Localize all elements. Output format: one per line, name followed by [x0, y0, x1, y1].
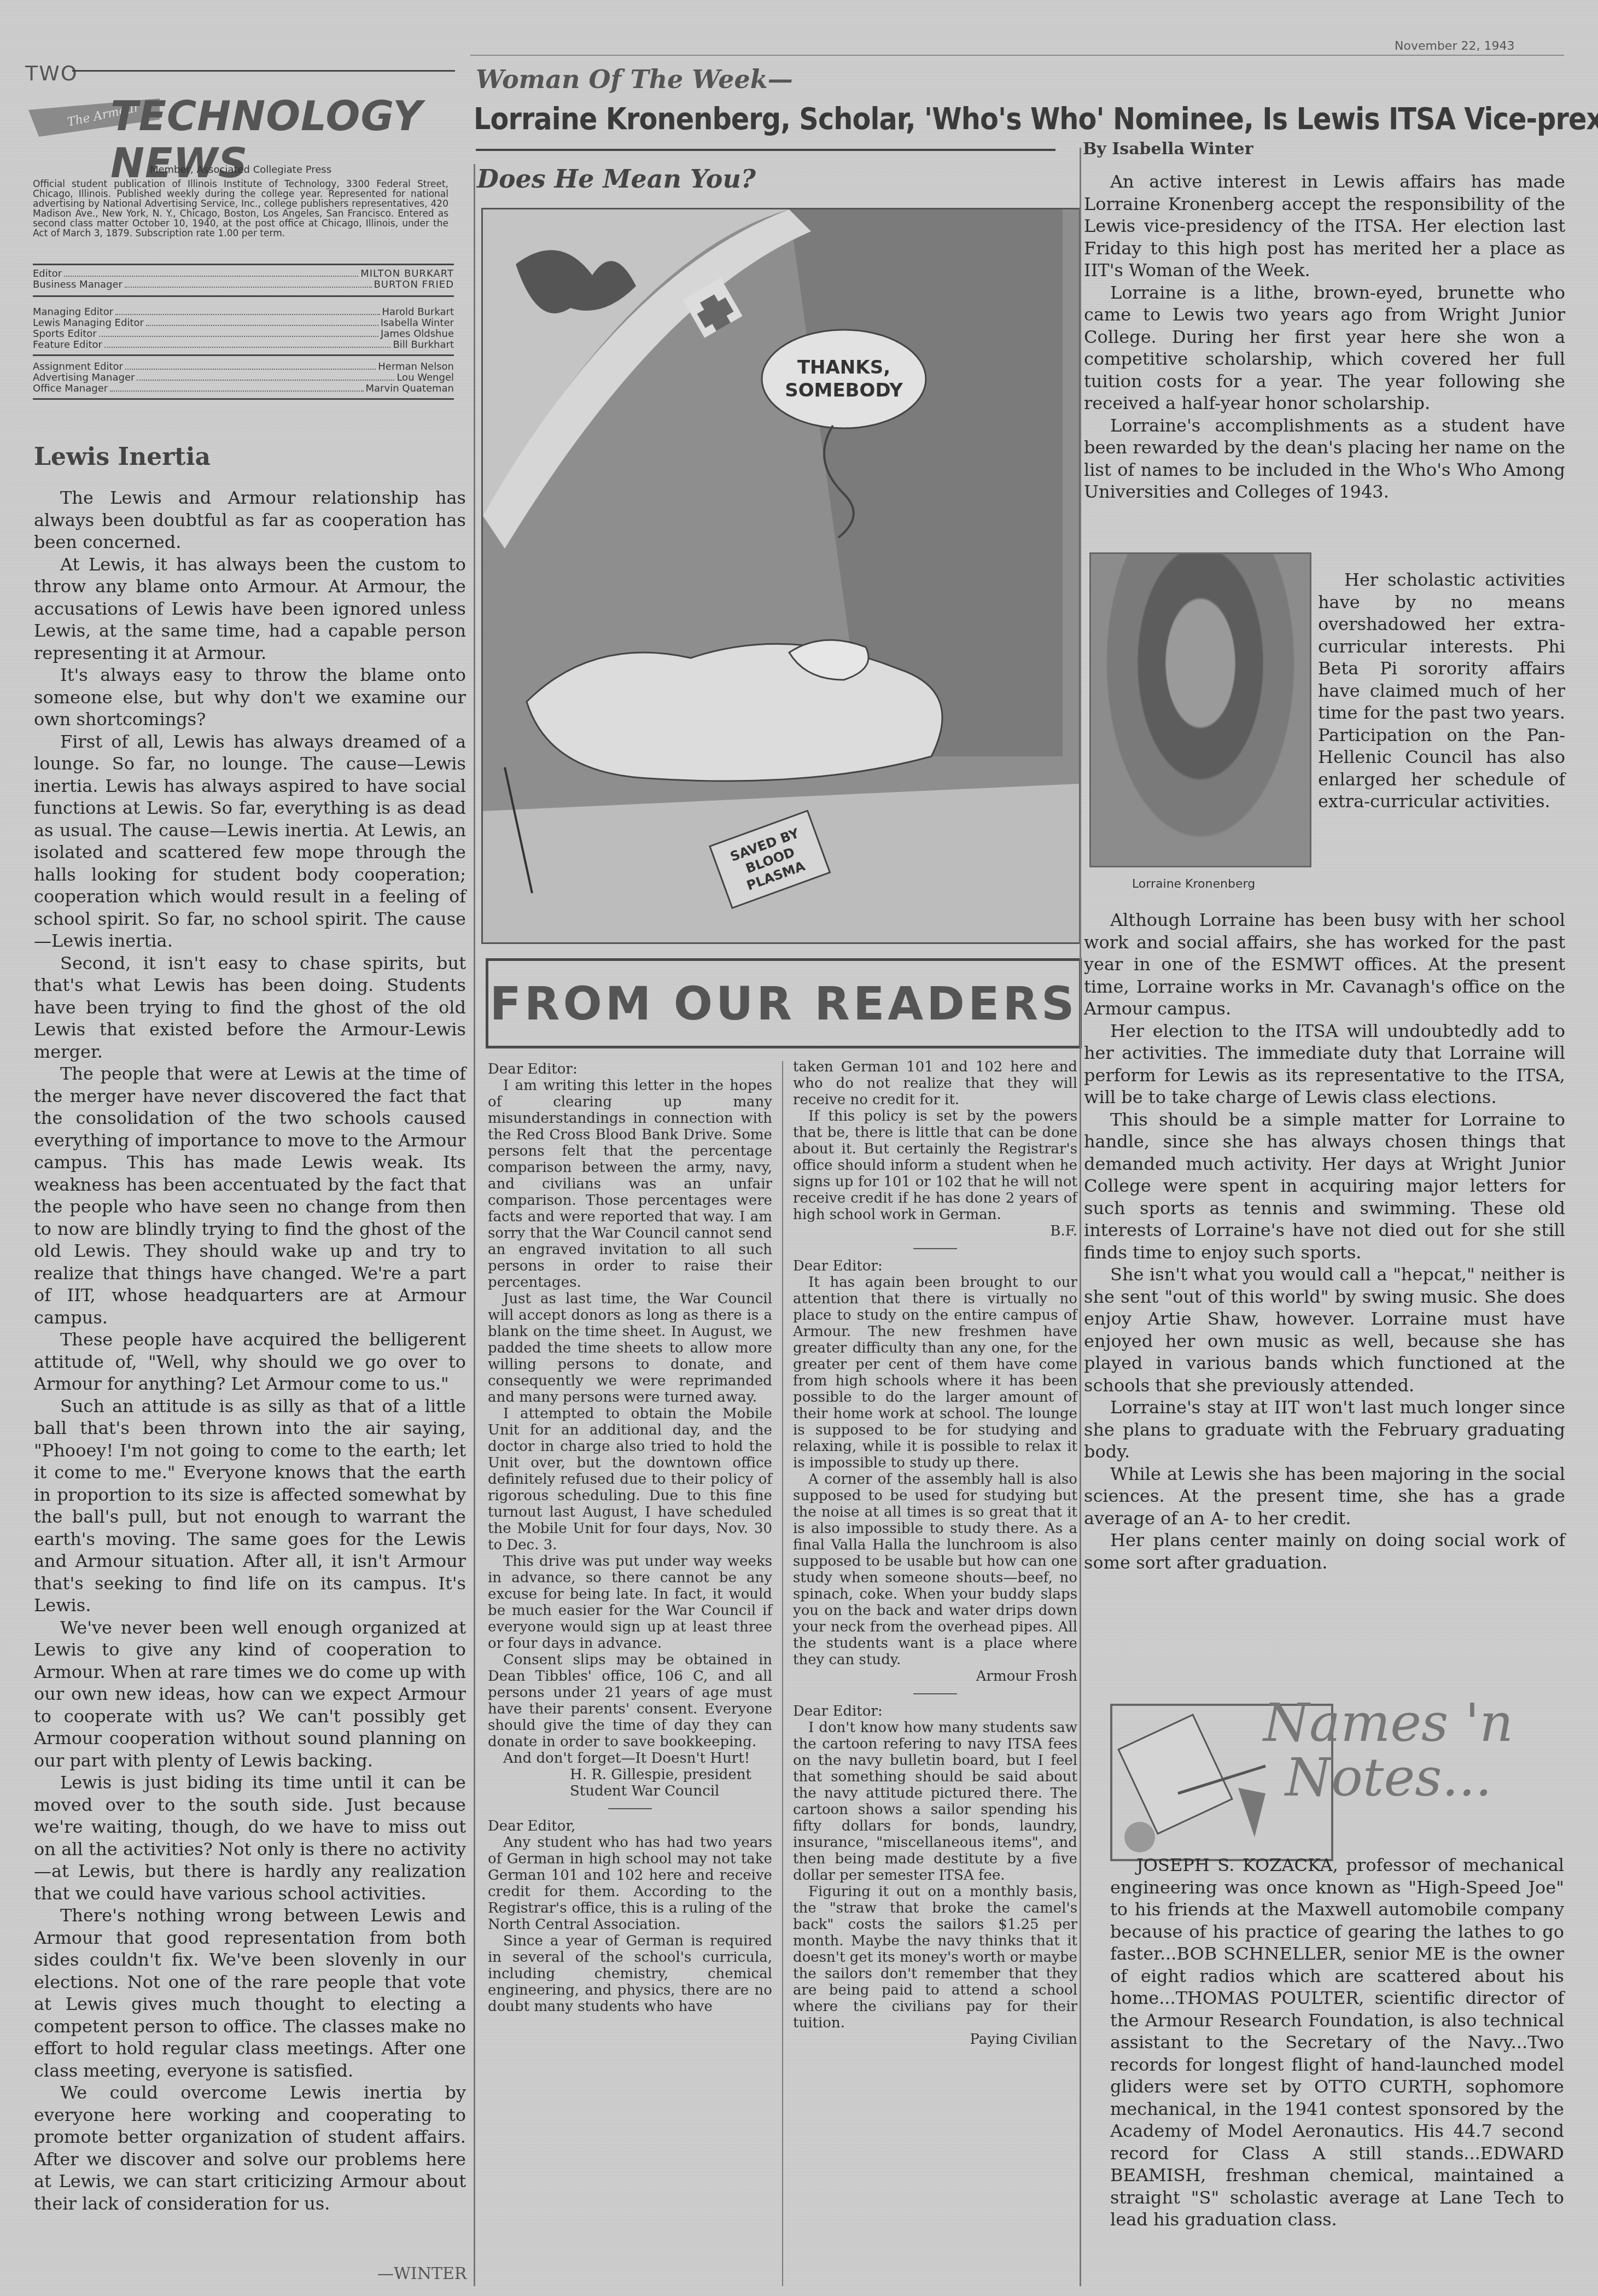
- letter-paragraph: Since a year of German is required in se…: [488, 1933, 772, 2015]
- editorial-paragraph: Second, it isn't easy to chase spirits, …: [34, 952, 466, 1063]
- readers-banner: FROM OUR READERS: [486, 958, 1082, 1048]
- feature-kicker: Woman Of The Week—: [476, 65, 793, 94]
- feature-paragraph: An active interest in Lewis affairs has …: [1084, 171, 1565, 282]
- official-notice: Official student publication of Illinois…: [33, 179, 448, 238]
- letters-divider: [782, 1061, 783, 2286]
- staff-role: Assignment Editor: [33, 361, 123, 372]
- feature-paragraph: Her election to the ITSA will undoubtedl…: [1084, 1020, 1565, 1109]
- letter-signature: Student War Council: [488, 1783, 772, 1799]
- staff-row: Business ManagerBURTON FRIED: [33, 279, 454, 290]
- member-line: Member, Associated Collegiate Press: [33, 164, 448, 176]
- feature-paragraph: Her plans center mainly on doing social …: [1084, 1529, 1565, 1574]
- letter-paragraph: It has again been brought to our attenti…: [793, 1274, 1077, 1471]
- staff-name: Harold Burkart: [382, 306, 454, 318]
- editorial-paragraph: The people that were at Lewis at the tim…: [34, 1063, 466, 1328]
- editorial-signature: —WINTER: [377, 2264, 466, 2283]
- letter-separator: [913, 1693, 957, 1694]
- staff-row: EditorMILTON BURKART: [33, 268, 454, 279]
- letter-paragraph: A corner of the assembly hall is also su…: [793, 1471, 1077, 1668]
- editorial-title: Lewis Inertia: [34, 443, 211, 471]
- letter-paragraph: Figuring it out on a monthly basis, the …: [793, 1884, 1077, 2031]
- staff-rule: [33, 295, 454, 297]
- letter-separator: [608, 1808, 652, 1809]
- letter-signature: Paying Civilian: [793, 2031, 1077, 2048]
- editorial-paragraph: There's nothing wrong between Lewis and …: [34, 1904, 466, 2082]
- column-divider: [474, 164, 475, 2286]
- photo-caption: Lorraine Kronenberg: [1132, 877, 1255, 891]
- feature-paragraph: While at Lewis she has been majoring in …: [1084, 1463, 1565, 1530]
- staff-group-business: Assignment EditorHerman Nelson Advertisi…: [33, 361, 454, 394]
- letter-paragraph: Consent slips may be obtained in Dean Ti…: [488, 1652, 772, 1750]
- newspaper-page: TWO November 22, 1943 The Armour TECHNOL…: [0, 0, 1598, 2296]
- letter-paragraph: Any student who has had two years of Ger…: [488, 1834, 772, 1933]
- names-notes-title-line: Names 'n: [1263, 1695, 1559, 1750]
- staff-role: Sports Editor: [33, 328, 97, 340]
- staff-name: BURTON FRIED: [374, 279, 454, 290]
- headline-rule: [476, 149, 1055, 151]
- letter-signature: B.F.: [793, 1223, 1077, 1239]
- letter-paragraph: I am writing this letter in the hopes of…: [488, 1077, 772, 1291]
- names-notes-paragraph: JOSEPH S. KOZACKA, professor of mechanic…: [1110, 1854, 1564, 2231]
- letter-signature: H. R. Gillespie, president: [488, 1767, 772, 1783]
- feature-paragraph: Lorraine's accomplishments as a student …: [1084, 415, 1565, 503]
- feature-paragraph: She isn't what you would call a "hepcat,…: [1084, 1263, 1565, 1396]
- staff-row: Advertising ManagerLou Wengel: [33, 372, 454, 383]
- names-notes-title: Names 'n Notes...: [1263, 1695, 1559, 1805]
- editorial-paragraph: Lewis is just biding its time until it c…: [34, 1771, 466, 1904]
- letter-paragraph: I don't know how many students saw the c…: [793, 1720, 1077, 1884]
- letter-paragraph: taken German 101 and 102 here and who do…: [793, 1059, 1077, 1108]
- feature-paragraph: Lorraine is a lithe, brown-eyed, brunett…: [1084, 282, 1565, 415]
- letter-separator: [913, 1248, 957, 1249]
- editorial-paragraph: We could overcome Lewis inertia by every…: [34, 2082, 466, 2215]
- cartoon-illustration: THANKS, SOMEBODY SAVED BY BLOOD PLASMA: [481, 208, 1081, 944]
- staff-name: Marvin Quateman: [366, 383, 454, 394]
- staff-row: Assignment EditorHerman Nelson: [33, 361, 454, 372]
- staff-role: Advertising Manager: [33, 372, 135, 383]
- column-divider: [1080, 148, 1081, 2286]
- letter-salutation: Dear Editor:: [488, 1061, 772, 1077]
- staff-role: Feature Editor: [33, 339, 102, 351]
- staff-role: Business Manager: [33, 279, 123, 290]
- staff-row: Managing EditorHarold Burkart: [33, 306, 454, 317]
- names-notes-title-line: Notes...: [1263, 1750, 1559, 1805]
- staff-row: Sports EditorJames Oldshue: [33, 328, 454, 339]
- letter-salutation: Dear Editor:: [793, 1258, 1077, 1274]
- staff-rule: [33, 264, 454, 265]
- feature-headline: Lorraine Kronenberg, Scholar, 'Who's Who…: [474, 101, 1598, 137]
- staff-role: Managing Editor: [33, 306, 113, 318]
- editorial-body: The Lewis and Armour relationship has al…: [34, 487, 466, 2215]
- letter-paragraph: This drive was put under way weeks in ad…: [488, 1553, 772, 1652]
- staff-name: Bill Burkhart: [393, 339, 454, 351]
- staff-rule: [33, 354, 454, 356]
- letter-salutation: Dear Editor,: [488, 1818, 772, 1834]
- cartoon-title: Does He Mean You?: [477, 164, 756, 194]
- feature-body-beside-photo: Her scholastic activities have by no mea…: [1318, 569, 1565, 813]
- editorial-paragraph: At Lewis, it has always been the custom …: [34, 553, 466, 665]
- staff-row: Office ManagerMarvin Quateman: [33, 383, 454, 394]
- feature-paragraph: This should be a simple matter for Lorra…: [1084, 1109, 1565, 1264]
- editorial-paragraph: First of all, Lewis has always dreamed o…: [34, 731, 466, 952]
- svg-text:SOMEBODY: SOMEBODY: [785, 380, 903, 401]
- portrait-photo: [1089, 552, 1311, 867]
- letters-column-a: Dear Editor:I am writing this letter in …: [488, 1061, 772, 2015]
- issue-date: November 22, 1943: [1395, 39, 1514, 53]
- feature-body-top: An active interest in Lewis affairs has …: [1084, 171, 1565, 503]
- letter-paragraph: I attempted to obtain the Mobile Unit fo…: [488, 1406, 772, 1553]
- staff-role: Lewis Managing Editor: [33, 317, 144, 329]
- letter-paragraph: And don't forget—It Doesn't Hurt!: [488, 1750, 772, 1767]
- names-notes-body: JOSEPH S. KOZACKA, professor of mechanic…: [1110, 1854, 1564, 2231]
- staff-name: Isabella Winter: [381, 317, 454, 329]
- letter-paragraph: Just as last time, the War Council will …: [488, 1291, 772, 1406]
- staff-name: Herman Nelson: [378, 361, 454, 372]
- byline: By Isabella Winter: [1083, 139, 1253, 159]
- masthead: The Armour TECHNOLOGY NEWS: [28, 82, 455, 148]
- staff-rule: [33, 398, 454, 400]
- staff-group-editors: Managing EditorHarold Burkart Lewis Mana…: [33, 306, 454, 350]
- staff-row: Lewis Managing EditorIsabella Winter: [33, 317, 454, 328]
- staff-role: Editor: [33, 268, 62, 279]
- letter-salutation: Dear Editor:: [793, 1703, 1077, 1720]
- letters-column-b: taken German 101 and 102 here and who do…: [793, 1059, 1077, 2048]
- editorial-paragraph: Such an attitude is as silly as that of …: [34, 1395, 466, 1617]
- cartoon-drawing-icon: THANKS, SOMEBODY SAVED BY BLOOD PLASMA: [483, 209, 1079, 942]
- editorial-paragraph: These people have acquired the belligere…: [34, 1328, 466, 1395]
- letter-signature: Armour Frosh: [793, 1668, 1077, 1685]
- header-rule-right: [470, 55, 1564, 56]
- staff-group-top: EditorMILTON BURKART Business ManagerBUR…: [33, 268, 454, 290]
- feature-paragraph: Although Lorraine has been busy with her…: [1084, 909, 1565, 1020]
- editorial-paragraph: The Lewis and Armour relationship has al…: [34, 487, 466, 553]
- staff-name: James Oldshue: [381, 328, 454, 340]
- editorial-paragraph: It's always easy to throw the blame onto…: [34, 664, 466, 731]
- svg-text:THANKS,: THANKS,: [797, 357, 890, 378]
- feature-paragraph: Lorraine's stay at IIT won't last much l…: [1084, 1396, 1565, 1463]
- editorial-paragraph: We've never been well enough organized a…: [34, 1617, 466, 1772]
- staff-role: Office Manager: [33, 383, 108, 394]
- feature-body-bottom: Although Lorraine has been busy with her…: [1084, 909, 1565, 1574]
- feature-paragraph: Her scholastic activities have by no mea…: [1318, 569, 1565, 813]
- staff-name: MILTON BURKART: [360, 268, 454, 279]
- letter-paragraph: If this policy is set by the powers that…: [793, 1108, 1077, 1223]
- header-rule: [72, 70, 455, 72]
- staff-name: Lou Wengel: [396, 372, 454, 383]
- readers-banner-title: FROM OUR READERS: [489, 977, 1077, 1030]
- staff-row: Feature EditorBill Burkhart: [33, 339, 454, 350]
